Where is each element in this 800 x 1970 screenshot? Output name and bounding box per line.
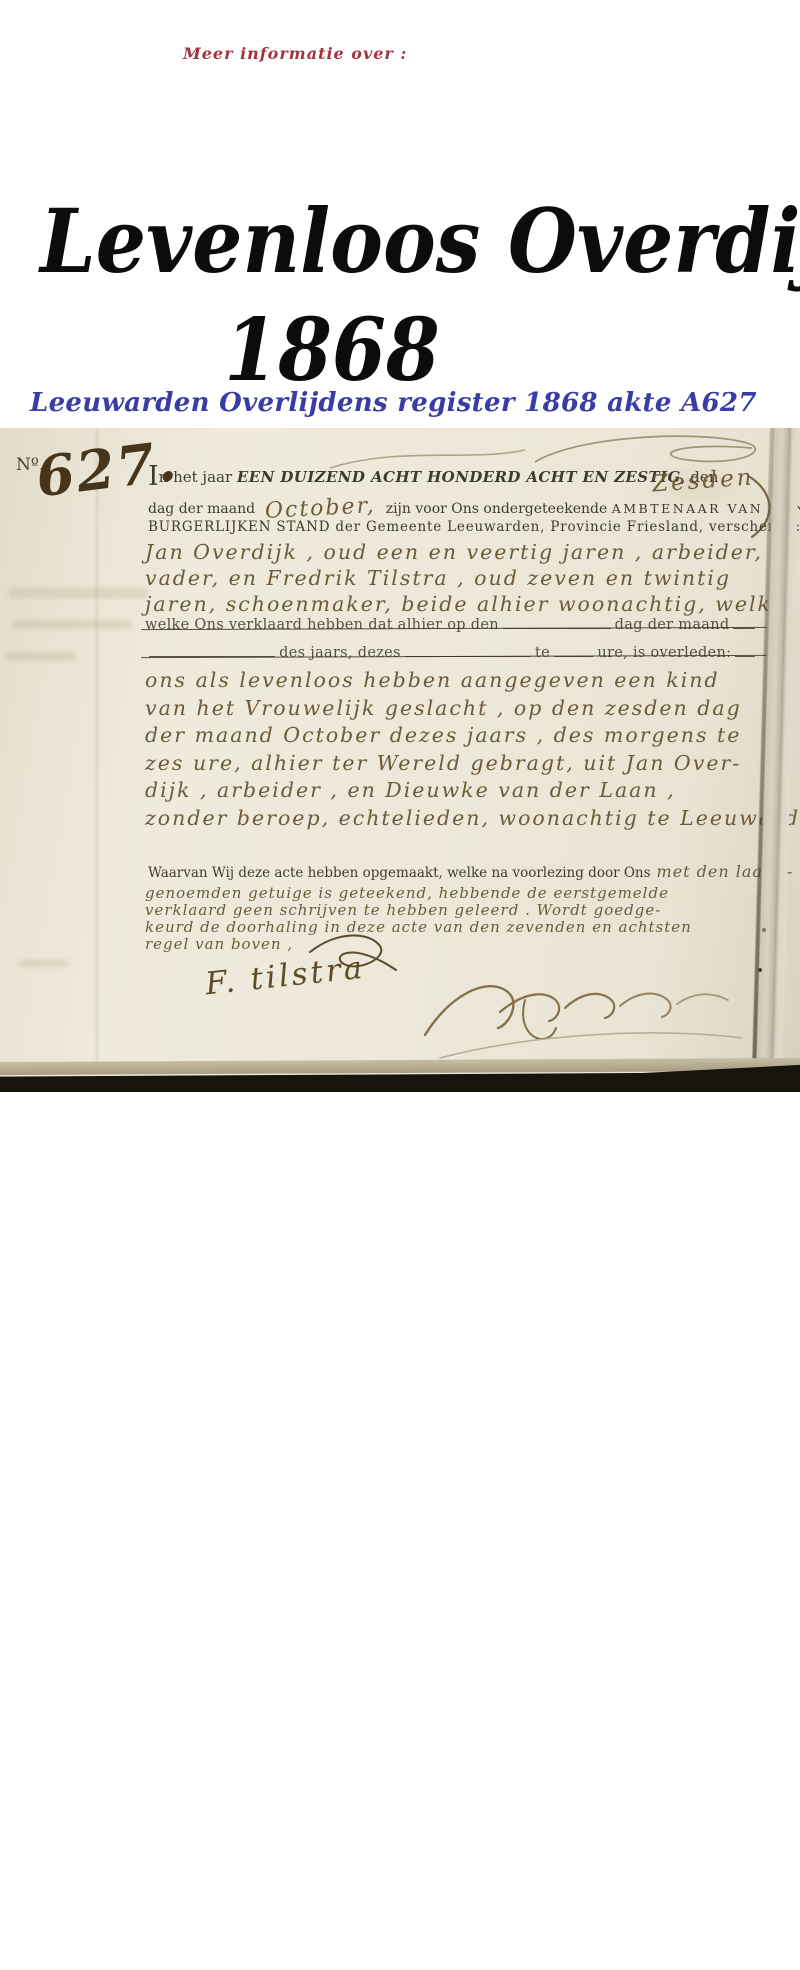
handwritten-line: van het Vrouwelijk geslacht , op den zes… [145, 696, 760, 724]
witness-signature: F. tilstra [204, 950, 367, 1003]
struck-text: te [535, 645, 550, 661]
ink-bleedthrough [6, 652, 76, 661]
handwritten-line: genoemden getuige is geteekend, hebbende… [145, 884, 760, 901]
handwritten-line: Jan Overdijk , oud een en veertig jaren … [145, 540, 760, 566]
registrar-signature [410, 950, 770, 1070]
printed-text: Waarvan Wij deze acte hebben opgemaakt, … [148, 865, 651, 881]
struck-text: ure, is overleden: [597, 645, 731, 661]
printed-text: dag der maand [148, 501, 255, 517]
struck-text: dag der maand [615, 617, 730, 633]
printed-year-words: EEN DUIZEND ACHT HONDERD ACHT EN ZESTIG [237, 468, 681, 486]
handwritten-line: zes ure, alhier ter Wereld gebragt, uit … [145, 751, 760, 779]
closing-clause: Waarvan Wij deze acte hebben opgemaakt, … [148, 862, 793, 881]
handwritten-line: keurd de doorhaling in deze acte van den… [145, 918, 760, 935]
handwritten-line: verklaard geen schrijven te hebben gelee… [145, 901, 760, 918]
ink-bleedthrough [18, 960, 68, 967]
handwritten-line: ons als levenloos hebben aangegeven een … [145, 668, 760, 696]
genealogy-page: Meer informatie over : Levenloos Overdij… [0, 0, 800, 1970]
handwritten-line: zonder beroep, echtelieden, woonachtig t… [145, 806, 760, 834]
struck-text: des jaars, dezes [279, 645, 401, 661]
death-certificate-scan: Nº. 627. In het jaar EEN DUIZEND ACHT HO… [0, 428, 800, 1092]
blank-rule [735, 656, 755, 657]
handwritten-line: jaren, schoenmaker, beide alhier woonach… [145, 592, 760, 618]
handwritten-line: der maand October dezes jaars , des morg… [145, 723, 760, 751]
ink-spot [762, 928, 766, 932]
handwritten-line: vader, en Fredrik Tilstra , oud zeven en… [145, 566, 760, 592]
struck-text: welke Ons verklaard hebben dat alhier op… [145, 617, 499, 633]
closing-handwritten-block: genoemden getuige is geteekend, hebbende… [145, 884, 760, 952]
handwritten-declarants: Jan Overdijk , oud een en veertig jaren … [145, 540, 760, 618]
certificate-line-municipality: BURGERLIJKEN STAND der Gemeente Leeuward… [148, 519, 800, 535]
page-title: Levenloos Overdijk [40, 197, 760, 285]
page-title-year: 1868 [0, 308, 692, 394]
handwritten-line: dijk , arbeider , en Dieuwke van der Laa… [145, 778, 760, 806]
certificate-line-year: In het jaar EEN DUIZEND ACHT HONDERD ACH… [148, 468, 718, 486]
struck-printed-line: des jaars, dezes te ure, is overleden: [145, 645, 759, 665]
struck-printed-line: welke Ons verklaard hebben dat alhier op… [145, 617, 759, 637]
certificate-line-month: dag der maandOctober,zijn voor Ons onder… [148, 496, 800, 521]
dropcap-letter: I [148, 461, 159, 492]
ink-bleedthrough [8, 588, 148, 598]
ink-bleedthrough [12, 620, 132, 629]
ink-spot [758, 968, 762, 972]
handwritten-declaration: ons als levenloos hebben aangegeven een … [145, 668, 760, 833]
register-reference: Leeuwarden Overlijdens register 1868 akt… [30, 388, 757, 418]
printed-text: n het jaar [159, 468, 237, 486]
blank-rule [733, 628, 755, 629]
printed-text: zijn voor Ons ondergeteekende [386, 501, 612, 517]
paper-crease [96, 428, 98, 1092]
header-note: Meer informatie over : [183, 44, 407, 63]
